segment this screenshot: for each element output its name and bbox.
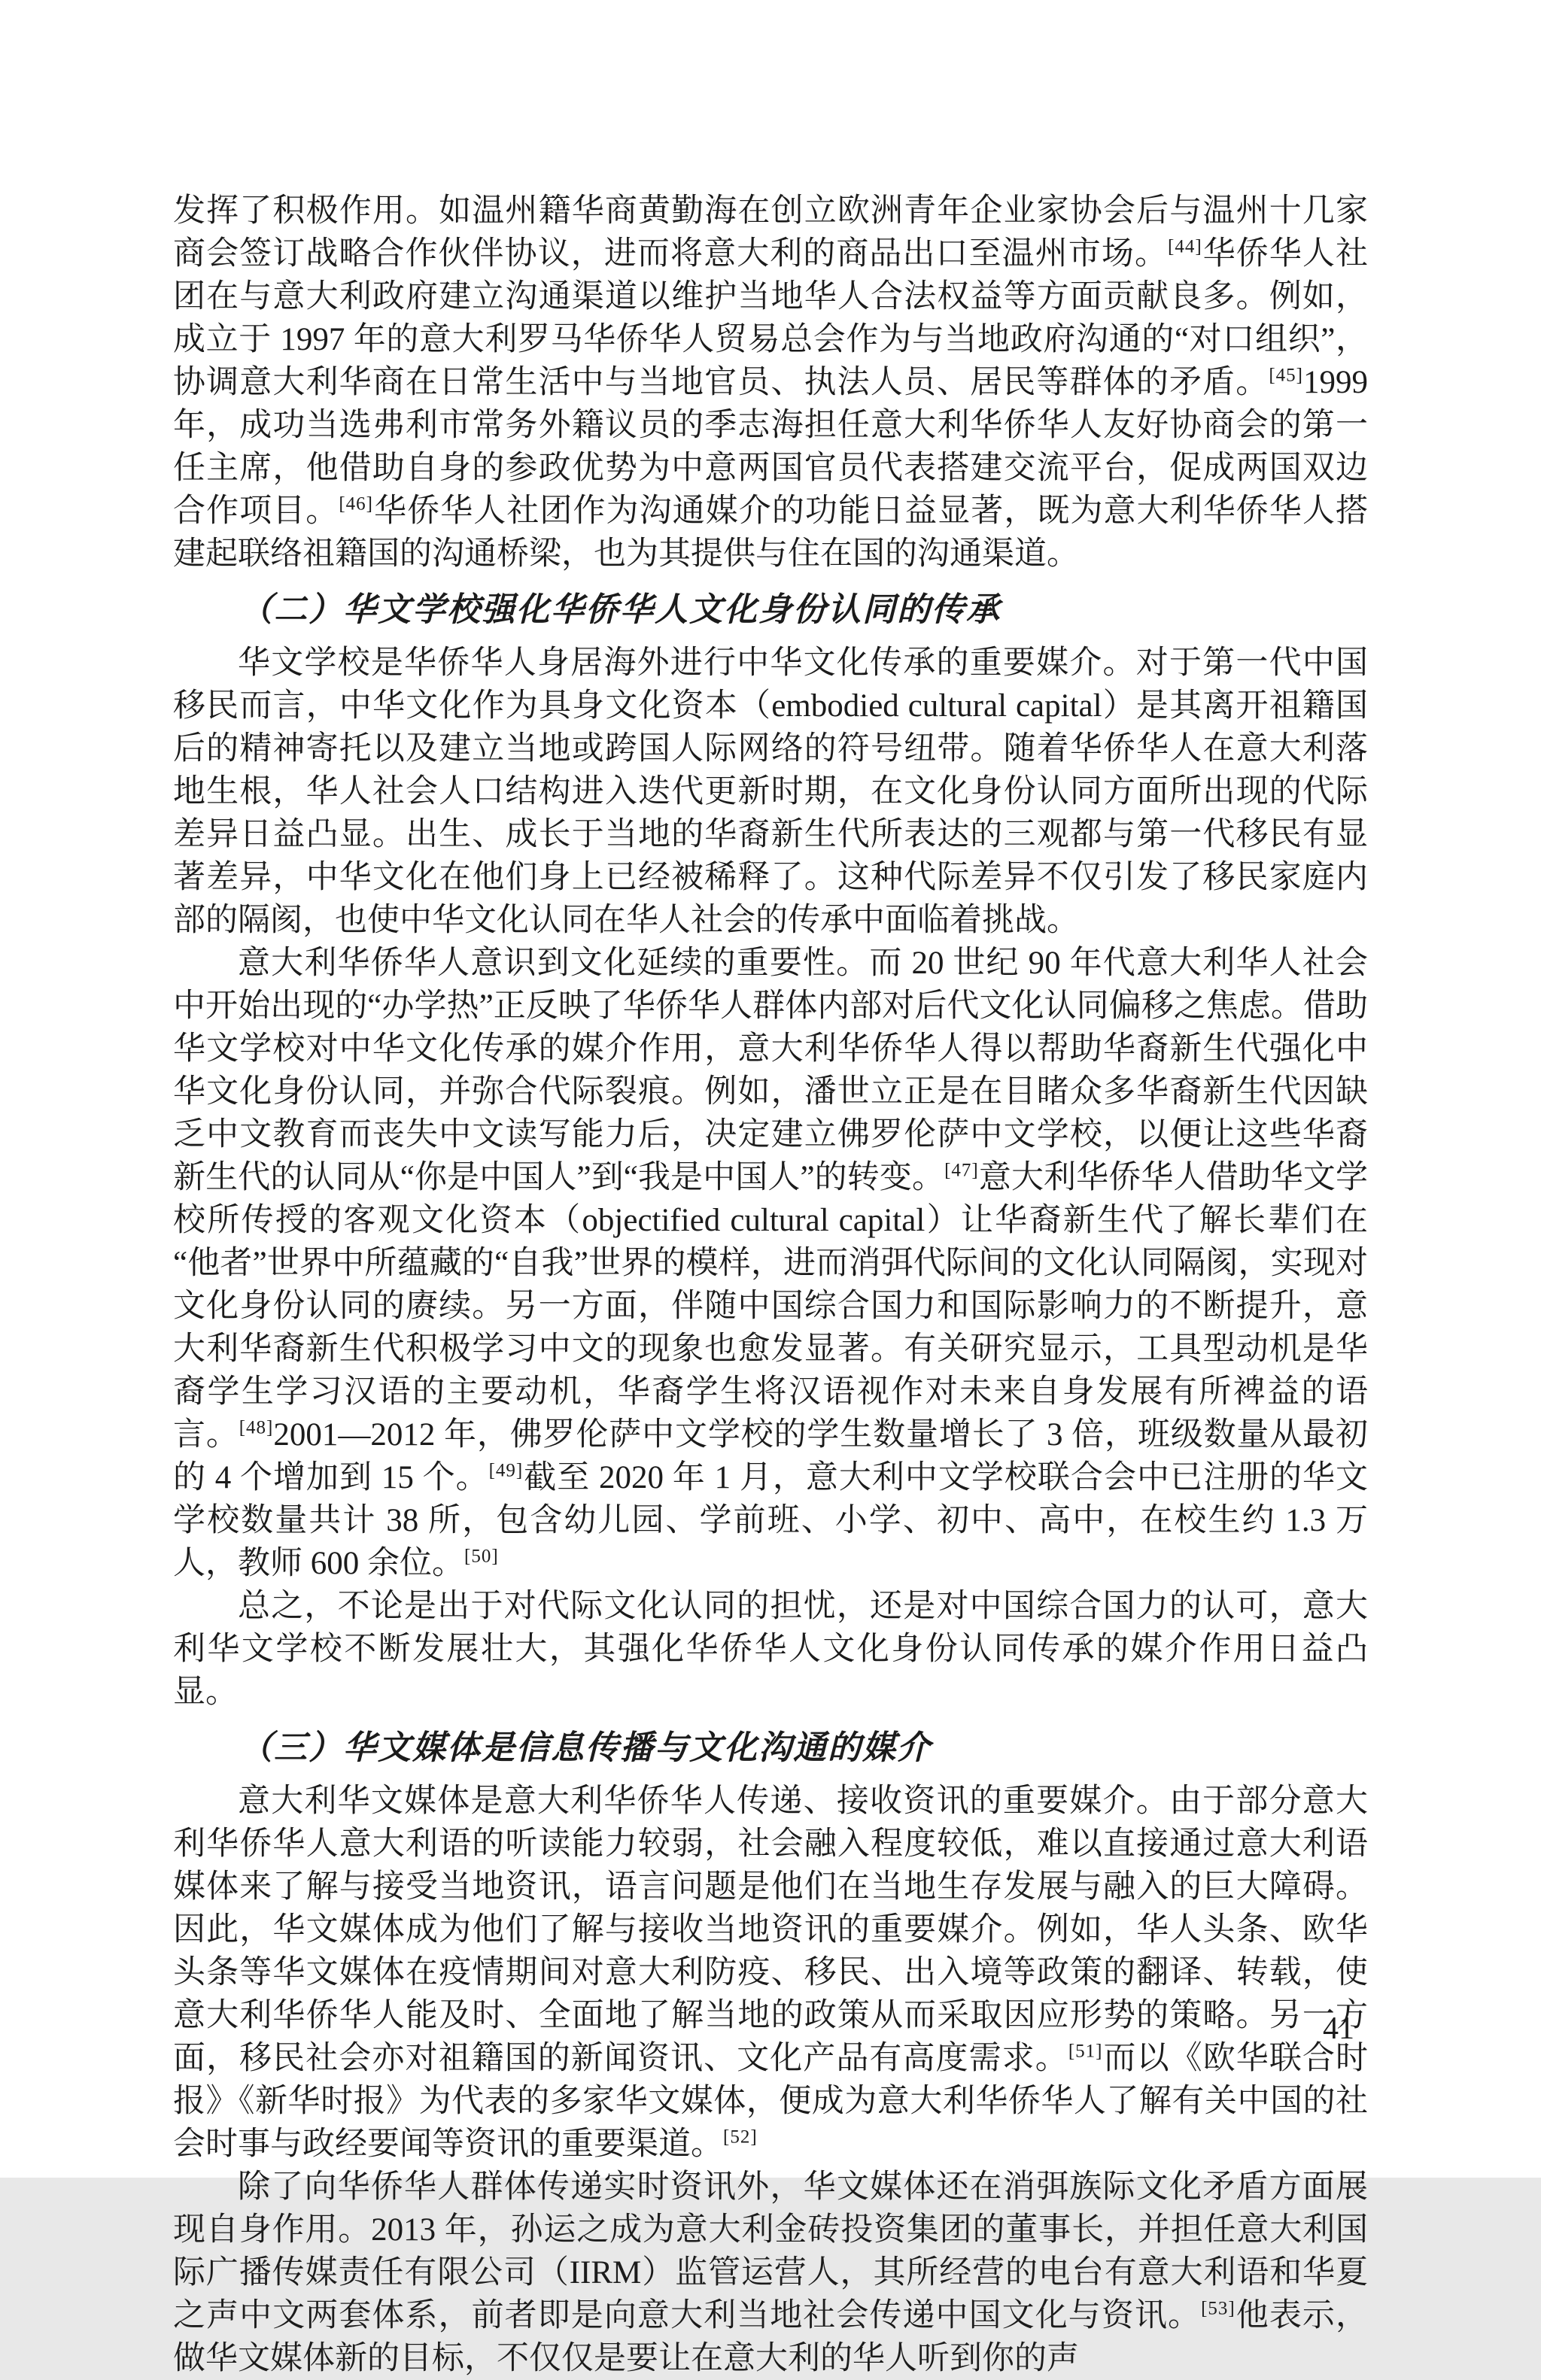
footnote-ref: [48] bbox=[239, 1418, 274, 1438]
section-heading-3: （三）华文媒体是信息传播与文化沟通的媒介 bbox=[173, 1726, 1368, 1771]
footnote-ref: [52] bbox=[723, 2127, 758, 2148]
page-number: 41 bbox=[1323, 2013, 1354, 2045]
paragraph-6: 除了向华侨华人群体传递实时资讯外，华文媒体还在消弭族际文化矛盾方面展现自身作用。… bbox=[173, 2166, 1368, 2380]
footnote-ref: [47] bbox=[944, 1161, 979, 1181]
section-heading-2: （二）华文学校强化华侨华人文化身份认同的传承 bbox=[173, 587, 1368, 633]
footnote-ref: [53] bbox=[1201, 2299, 1236, 2319]
footnote-ref: [51] bbox=[1068, 2042, 1103, 2062]
paragraph-2: 华文学校是华侨华人身居海外进行中华文化传承的重要媒介。对于第一代中国移民而言，中… bbox=[173, 642, 1368, 942]
page-body: 发挥了积极作用。如温州籍华商黄勤海在创立欧洲青年企业家协会后与温州十几家商会签订… bbox=[173, 190, 1368, 2380]
paragraph-5: 意大利华文媒体是意大利华侨华人传递、接收资讯的重要媒介。由于部分意大利华侨华人意… bbox=[173, 1780, 1368, 2166]
footnote-ref: [49] bbox=[489, 1461, 524, 1481]
paragraph-4: 总之，不论是出于对代际文化认同的担忧，还是对中国综合国力的认可，意大利华文学校不… bbox=[173, 1585, 1368, 1714]
footnote-ref: [45] bbox=[1269, 366, 1303, 386]
document-page: 发挥了积极作用。如温州籍华商黄勤海在创立欧洲青年企业家协会后与温州十几家商会签订… bbox=[0, 0, 1541, 2178]
paragraph-3: 意大利华侨华人意识到文化延续的重要性。而 20 世纪 90 年代意大利华人社会中… bbox=[173, 942, 1368, 1585]
footnote-ref: [44] bbox=[1168, 237, 1202, 257]
footnote-ref: [50] bbox=[464, 1547, 499, 1567]
paragraph-1: 发挥了积极作用。如温州籍华商黄勤海在创立欧洲青年企业家协会后与温州十几家商会签订… bbox=[173, 190, 1368, 575]
footnote-ref: [46] bbox=[339, 494, 373, 515]
